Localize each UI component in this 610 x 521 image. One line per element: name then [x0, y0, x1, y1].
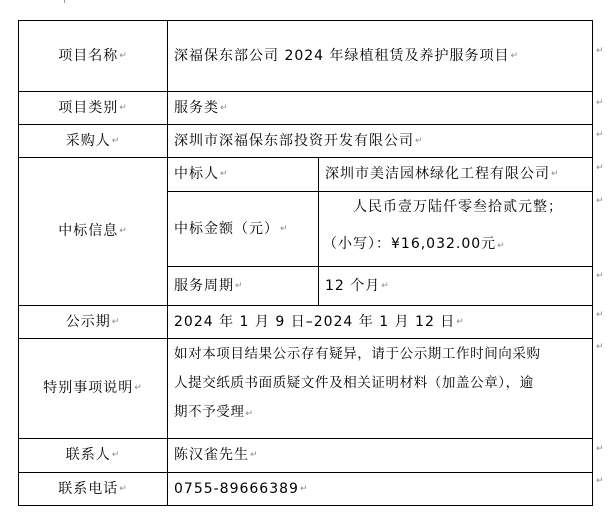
special-notes-value: 如对本项目结果公示存有疑异，请于公示期工作时间向采购 人提交纸质书面质疑文件及相… — [168, 338, 592, 440]
publicity-period-value: 2024 年 1 月 9 日–2024 年 1 月 12 日↵ — [168, 305, 592, 338]
phone-label: 联系电话↵ — [18, 472, 167, 505]
winner-value: 深圳市美洁园林绿化工程有限公司↵ — [319, 157, 593, 191]
service-period-label: 服务周期↵ — [168, 266, 324, 305]
row-end-mark: ↵ — [596, 310, 604, 320]
award-info-label: 中标信息↵ — [18, 157, 167, 305]
purchaser-label: 采购人↵ — [18, 124, 167, 157]
ruler-tick — [64, 0, 65, 3]
row-end-mark: ↵ — [596, 196, 604, 206]
award-amount-label: 中标金额（元）↵ — [168, 191, 324, 266]
service-period-value: 12 个月↵ — [319, 266, 593, 305]
row-end-mark: ↵ — [596, 163, 604, 173]
purchaser-value: 深圳市深福保东部投资开发有限公司↵ — [168, 124, 592, 157]
row-end-mark: ↵ — [596, 271, 604, 281]
row-end-mark: ↵ — [596, 476, 604, 486]
project-category-value: 服务类↵ — [168, 91, 592, 124]
contact-label: 联系人↵ — [18, 438, 167, 472]
winner-label: 中标人↵ — [168, 157, 324, 191]
award-amount-value: 人民币壹万陆仟零叁拾贰元整； （小写）：¥16,032.00元↵ — [319, 191, 587, 266]
project-name-label: 项目名称↵ — [18, 20, 167, 91]
notes-line: 人提交纸质书面质疑文件及相关证明材料（加盖公章），逾 — [174, 369, 592, 398]
row-end-mark: ↵ — [596, 130, 604, 140]
amount-in-words: 人民币壹万陆仟零叁拾贰元整； — [353, 199, 563, 215]
row-end-mark: ↵ — [596, 46, 604, 56]
row-end-mark: ↵ — [596, 342, 604, 352]
award-announcement-table: 项目名称↵ 深福保东部公司 2024 年绿植租赁及养护服务项目↵ 项目类别↵ 服… — [18, 20, 593, 506]
row-end-mark: ↵ — [596, 98, 604, 108]
row-end-mark: ↵ — [596, 444, 604, 454]
project-name-value: 深福保东部公司 2024 年绿植租赁及养护服务项目↵ — [168, 20, 592, 91]
project-category-label: 项目类别↵ — [18, 91, 167, 124]
phone-value: 0755-89666389↵ — [168, 472, 592, 505]
publicity-period-label: 公示期↵ — [18, 305, 167, 338]
special-notes-label: 特别事项说明↵ — [18, 338, 167, 438]
amount-in-figures: （小写）：¥16,032.00元↵ — [323, 236, 505, 254]
contact-value: 陈汉雀先生↵ — [168, 438, 592, 472]
notes-line: 期不予受理↵ — [174, 398, 592, 429]
notes-line: 如对本项目结果公示存有疑异，请于公示期工作时间向采购 — [174, 340, 592, 369]
